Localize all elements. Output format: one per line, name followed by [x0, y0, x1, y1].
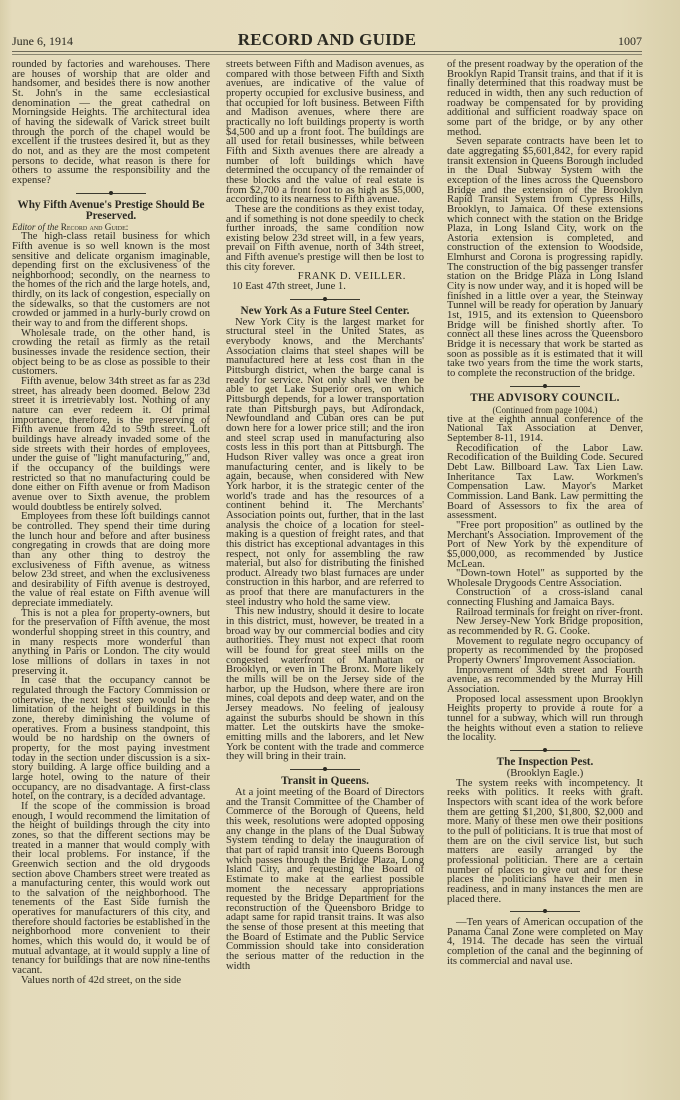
article-headline-inspection: The Inspection Pest. — [447, 757, 643, 768]
column-2: streets between Fifth and Madison avenue… — [226, 60, 424, 971]
article-paragraph: The system reeks with incompetency. It r… — [447, 779, 643, 905]
article-paragraph: Movement to regulate negro occupancy of … — [447, 637, 643, 666]
section-divider — [290, 764, 360, 774]
article-paragraph: This new industry, should it desire to l… — [226, 607, 424, 762]
section-divider — [510, 381, 580, 391]
section-divider — [510, 745, 580, 755]
article-paragraph: tive at the eighth annual conference of … — [447, 415, 643, 444]
editor-name: Record and Guide: — [61, 222, 129, 232]
column-3: of the present roadway by the operation … — [447, 60, 643, 966]
continued-paragraph: of the present roadway by the operation … — [447, 60, 643, 137]
article-paragraph: Proposed local assessment upon Brooklyn … — [447, 695, 643, 743]
article-paragraph: "Down-town Hotel" as supported by the Wh… — [447, 569, 643, 588]
article-headline-advisory-council: THE ADVISORY COUNCIL. — [447, 393, 643, 404]
article-paragraph: Construction of a cross-island canal con… — [447, 588, 643, 607]
article-paragraph: Wholesale trade, on the other hand, is c… — [12, 329, 210, 377]
panama-note: —Ten years of American occupation of the… — [447, 918, 643, 966]
section-divider — [290, 294, 360, 304]
article-paragraph: In case that the occupancy cannot be reg… — [12, 676, 210, 802]
article-paragraph: If the scope of the commission is broad … — [12, 802, 210, 976]
header-rule-secondary — [12, 54, 642, 55]
article-paragraph: "Free port proposition" as outlined by t… — [447, 521, 643, 569]
author-address: 10 East 47th street, June 1. — [226, 282, 424, 292]
article-headline-transit: Transit in Queens. — [226, 776, 424, 787]
article-paragraph: New York City is the largest market for … — [226, 318, 424, 608]
article-headline-steel: New York As a Future Steel Center. — [226, 306, 424, 317]
article-paragraph: Fifth avenue, below 34th street as far a… — [12, 377, 210, 512]
article-paragraph: At a joint meeting of the Board of Direc… — [226, 788, 424, 971]
continued-text: rounded by factories and warehouses. The… — [12, 60, 210, 186]
article-paragraph: Employees from these loft buildings cann… — [12, 512, 210, 609]
newspaper-page: June 6, 1914 RECORD AND GUIDE 1007 round… — [0, 0, 680, 1100]
continued-paragraph: Seven separate contracts have been let t… — [447, 137, 643, 378]
article-paragraph: Values north of 42d street, on the side — [12, 976, 210, 986]
article-paragraph: Recodification of the Labor Law. Recodif… — [447, 444, 643, 521]
article-headline-fifth-avenue: Why Fifth Avenue's Prestige Should Be Pr… — [12, 200, 210, 222]
page-number: 1007 — [618, 34, 642, 49]
article-paragraph: Improvement of 34th street and Fourth av… — [447, 666, 643, 695]
section-divider — [76, 188, 146, 198]
section-divider — [510, 906, 580, 916]
article-paragraph: The high-class retail business for which… — [12, 232, 210, 329]
continued-paragraph: These are the conditions as they exist t… — [226, 205, 424, 273]
column-1: rounded by factories and warehouses. The… — [12, 60, 210, 985]
page-header: June 6, 1914 RECORD AND GUIDE 1007 — [12, 30, 642, 52]
continued-paragraph: streets between Fifth and Madison avenue… — [226, 60, 424, 205]
publication-title: RECORD AND GUIDE — [12, 30, 642, 50]
article-paragraph: This is not a plea for property-owners, … — [12, 609, 210, 677]
header-rule — [12, 51, 642, 52]
article-paragraph: New Jersey-New York Bridge proposition, … — [447, 617, 643, 636]
editor-prefix: Editor of the — [12, 222, 58, 232]
